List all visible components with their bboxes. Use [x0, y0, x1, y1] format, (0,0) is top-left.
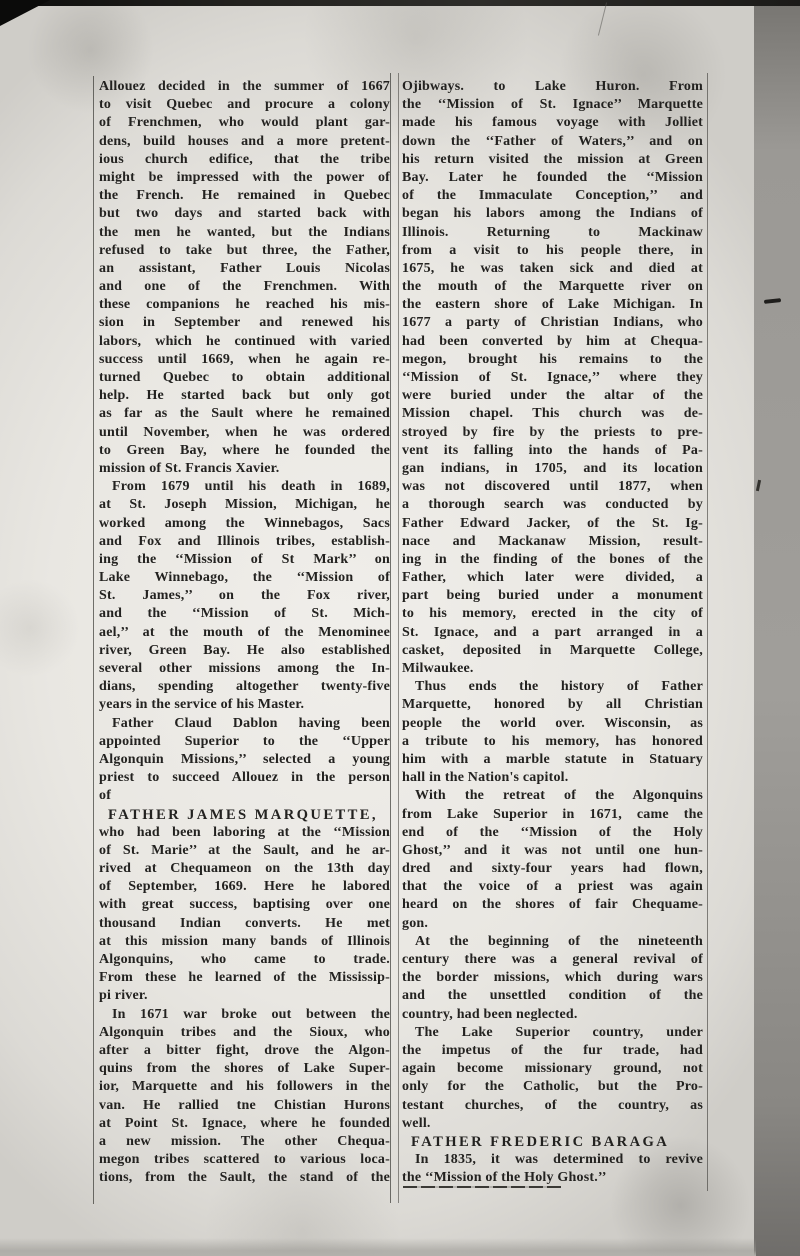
text-line: ious church edifice, that the tribe: [99, 151, 390, 169]
text-line: the mouth of the Marquette river on: [402, 278, 703, 296]
text-line: only for the Catholic, but the Pro-: [402, 1078, 703, 1096]
text-line: of the Immaculate Conception,’’ and: [402, 187, 703, 205]
text-line: turned Quebec to obtain additional: [99, 369, 390, 387]
text-line: gan indians, in 1705, and its location: [402, 460, 703, 478]
column-divider-rule-2: [398, 73, 399, 1203]
left-column-rule: [93, 76, 94, 1204]
text-line: country, had been neglected.: [402, 1006, 703, 1024]
text-line: as far as the Sault where he remained: [99, 405, 390, 423]
text-line: the eastern shore of Lake Michigan. In: [402, 296, 703, 314]
text-line: his return visited the mission at Green: [402, 151, 703, 169]
section-heading: FATHER JAMES MARQUETTE,: [99, 806, 390, 824]
text-line: the men he wanted, but the Indians: [99, 224, 390, 242]
text-line: but two days and started back with: [99, 205, 390, 223]
text-line: had been converted by him at Chequa-: [402, 333, 703, 351]
text-line: Father Claud Dablon having been: [99, 715, 390, 733]
right-column: Ojibways. to Lake Huron. Fromthe ‘‘Missi…: [402, 78, 703, 1187]
text-line: rived at Chequameon on the 13th day: [99, 860, 390, 878]
text-line: thousand Indian converts. He met: [99, 915, 390, 933]
text-line: at St. Joseph Mission, Michigan, he: [99, 496, 390, 514]
text-line: ior, Marquette and his followers in the: [99, 1078, 390, 1096]
text-line: river, Green Bay. He also established: [99, 642, 390, 660]
text-line: down the ‘‘Father of Waters,’’ and on: [402, 133, 703, 151]
text-line: was not discovered until 1877, when: [402, 478, 703, 496]
text-line: heard on the shores of fair Chequame-: [402, 896, 703, 914]
text-line: a tribute to his memory, has honored: [402, 733, 703, 751]
text-line: St. Ignace, and a part arranged in a: [402, 624, 703, 642]
text-line: appointed Superior to the ‘‘Upper: [99, 733, 390, 751]
text-line: well.: [402, 1115, 703, 1133]
text-line: of: [99, 787, 390, 805]
text-line: after a bitter fight, drove the Algon-: [99, 1042, 390, 1060]
text-line: With the retreat of the Algonquins: [402, 787, 703, 805]
text-line: From 1679 until his death in 1689,: [99, 478, 390, 496]
text-line: to his memory, erected in the city of: [402, 605, 703, 623]
text-line: Bay. Later he founded the ‘‘Mission: [402, 169, 703, 187]
text-line: ing the ‘‘Mission of St Mark’’ on: [99, 551, 390, 569]
scanned-page: Allouez decided in the summer of 1667to …: [0, 0, 800, 1256]
text-line: end of the ‘‘Mission of the Holy: [402, 824, 703, 842]
text-line: Father, which later were divided, a: [402, 569, 703, 587]
text-line: at this mission many bands of Illinois: [99, 933, 390, 951]
text-line: Lake Winnebago, the ‘‘Mission of: [99, 569, 390, 587]
text-line: testant churches, of the country, as: [402, 1097, 703, 1115]
text-line: Ojibways. to Lake Huron. From: [402, 78, 703, 96]
text-line: Ghost,’’ and it was not until one hun-: [402, 842, 703, 860]
text-line: Algonquins, who came to trade.: [99, 951, 390, 969]
text-line: of Frenchmen, who would plant gar-: [99, 114, 390, 132]
text-line: and one of the Frenchmen. With: [99, 278, 390, 296]
text-line: In 1835, it was determined to revive: [402, 1151, 703, 1169]
text-line: labors, which he continued with varied: [99, 333, 390, 351]
text-line: a new mission. The other Chequa-: [99, 1133, 390, 1151]
text-line: Marquette, honored by all Christian: [402, 696, 703, 714]
text-line: the ‘‘Mission of the Holy Ghost.’’: [402, 1169, 703, 1187]
text-line: that the voice of a priest was again: [402, 878, 703, 896]
text-line: with great success, baptising over one: [99, 896, 390, 914]
text-line: of St. Marie’’ at the Sault, and he ar-: [99, 842, 390, 860]
text-line: worked among the Winnebagos, Sacs: [99, 515, 390, 533]
text-line: nace and Mackanaw Mission, result-: [402, 533, 703, 551]
text-line: Illinois. Returning to Mackinaw: [402, 224, 703, 242]
text-line: Mission chapel. This church was de-: [402, 405, 703, 423]
scan-corner-shadow: [0, 0, 50, 26]
text-line: Father Edward Jacker, of the St. Ig-: [402, 515, 703, 533]
text-line: century there was a general revival of: [402, 951, 703, 969]
text-line: vent its falling into the hands of Pa-: [402, 442, 703, 460]
text-line: dens, build houses and a more pretent-: [99, 133, 390, 151]
text-line: people the world over. Wisconsin, as: [402, 715, 703, 733]
text-line: Milwaukee.: [402, 660, 703, 678]
text-line: until November, when he was ordered: [99, 424, 390, 442]
text-line: The Lake Superior country, under: [402, 1024, 703, 1042]
text-line: years in the service of his Master.: [99, 696, 390, 714]
text-line: pi river.: [99, 987, 390, 1005]
text-line: from a visit to his people there, in: [402, 242, 703, 260]
text-line: mission of St. Francis Xavier.: [99, 460, 390, 478]
text-line: to Green Bay, where he founded the: [99, 442, 390, 460]
text-line: the ‘‘Mission of St. Ignace’’ Marquette: [402, 96, 703, 114]
text-line: again become missionary ground, not: [402, 1060, 703, 1078]
text-line: and the ‘‘Mission of St. Mich-: [99, 605, 390, 623]
left-column: Allouez decided in the summer of 1667to …: [99, 78, 390, 1187]
text-line: At the beginning of the nineteenth: [402, 933, 703, 951]
text-line: ing in the finding of the bones of the: [402, 551, 703, 569]
column-divider-rule: [390, 73, 391, 1203]
scan-bottom-edge: [0, 1238, 756, 1256]
text-line: the French. He remained in Quebec: [99, 187, 390, 205]
text-line: from Lake Superior in 1671, came the: [402, 806, 703, 824]
text-line: and Fox and Illinois tribes, establish-: [99, 533, 390, 551]
text-line: sion in September and renewed his: [99, 314, 390, 332]
text-line: Algonquin Missions,’’ selected a young: [99, 751, 390, 769]
text-line: began his labors among the Indians of: [402, 205, 703, 223]
text-line: Allouez decided in the summer of 1667: [99, 78, 390, 96]
text-line: him with a marble statute in Statuary: [402, 751, 703, 769]
text-line: Thus ends the history of Father: [402, 678, 703, 696]
text-line: In 1671 war broke out between the: [99, 1006, 390, 1024]
text-line: casket, deposited in Marquette College,: [402, 642, 703, 660]
section-heading: FATHER FREDERIC BARAGA: [402, 1133, 703, 1151]
text-line: hall in the Nation's capitol.: [402, 769, 703, 787]
text-line: of September, 1669. Here he labored: [99, 878, 390, 896]
text-line: 1675, he was taken sick and died at: [402, 260, 703, 278]
text-line: to visit Quebec and procure a colony: [99, 96, 390, 114]
text-line: at Point St. Ignace, where he founded: [99, 1115, 390, 1133]
text-line: refused to take but three, the Father,: [99, 242, 390, 260]
text-line: part being buried under a monument: [402, 587, 703, 605]
text-line: ‘‘Mission of St. Ignace,’’ where they: [402, 369, 703, 387]
text-line: priest to succeed Allouez in the person: [99, 769, 390, 787]
text-line: dians, spending altogether twenty-five: [99, 678, 390, 696]
text-line: several other missions among the In-: [99, 660, 390, 678]
text-line: might be impressed with the power of: [99, 169, 390, 187]
text-line: From these he learned of the Mississip-: [99, 969, 390, 987]
text-line: a thorough search was conducted by: [402, 496, 703, 514]
text-line: Algonquin tribes and the Sioux, who: [99, 1024, 390, 1042]
text-line: stroyed by fire by the priests to pre-: [402, 424, 703, 442]
text-line: van. He rallied tne Chistian Hurons: [99, 1097, 390, 1115]
text-line: tions, from the Sault, the stand of the: [99, 1169, 390, 1187]
text-line: dred and sixty-four years had flown,: [402, 860, 703, 878]
text-line: an assistant, Father Louis Nicolas: [99, 260, 390, 278]
text-line: 1677 a party of Christian Indians, who: [402, 314, 703, 332]
right-column-rule: [707, 73, 708, 1191]
text-line: made his famous voyage with Jolliet: [402, 114, 703, 132]
text-line: who had been laboring at the ‘‘Mission: [99, 824, 390, 842]
text-line: gon.: [402, 915, 703, 933]
text-line: were buried under the altar of the: [402, 387, 703, 405]
scan-top-edge: [0, 0, 800, 6]
text-line: success until 1669, when he again re-: [99, 351, 390, 369]
text-line: the impetus of the fur trade, had: [402, 1042, 703, 1060]
scan-edge-band: [754, 0, 800, 1256]
text-line: St. James,’’ on the Fox river,: [99, 587, 390, 605]
text-line: these companions he reached his mis-: [99, 296, 390, 314]
text-line: the border missions, which during wars: [402, 969, 703, 987]
text-line: megon tribes scattered to various loca-: [99, 1151, 390, 1169]
text-line: ael,’’ at the mouth of the Menominee: [99, 624, 390, 642]
text-line: megon, brought his remains to the: [402, 351, 703, 369]
text-line: help. He started back but only got: [99, 387, 390, 405]
text-line: quins from the shores of Lake Super-: [99, 1060, 390, 1078]
text-line: and the unsettled condition of the: [402, 987, 703, 1005]
